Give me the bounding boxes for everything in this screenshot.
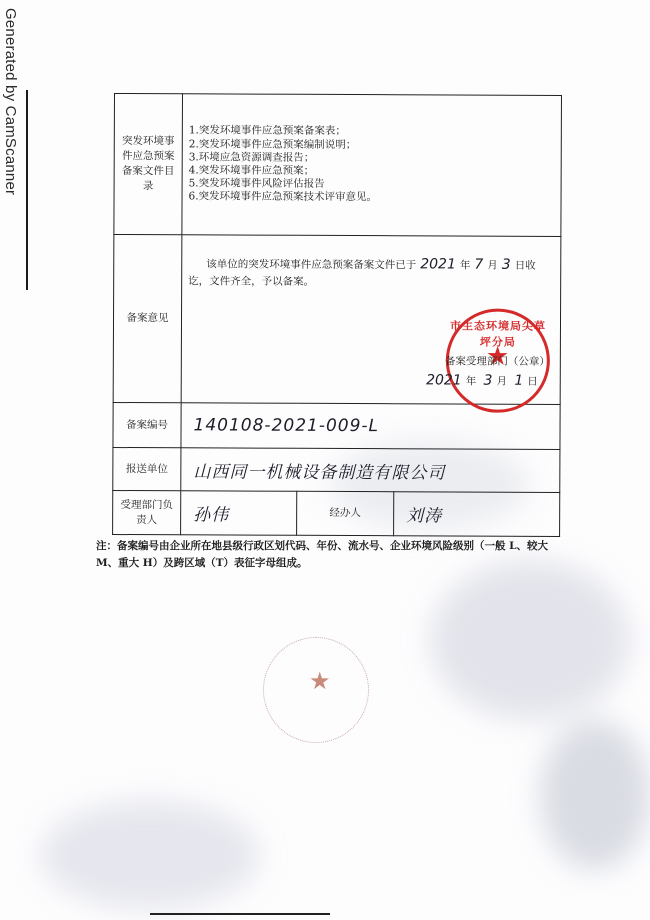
- responsible-label: 受理部门负 责人: [113, 490, 181, 534]
- catalog-label-line: 突发环境事: [120, 134, 177, 149]
- catalog-label-line: 件应急预案: [120, 149, 177, 164]
- handler-signature-cell: 刘涛: [394, 492, 560, 537]
- sign-day: 1: [510, 373, 527, 389]
- page-bottom-edge: [150, 913, 330, 915]
- sign-month-unit: 月: [496, 376, 507, 388]
- year-unit: 年: [460, 260, 471, 272]
- submitting-unit-value: 山西同一机械设备制造有限公司: [181, 448, 560, 493]
- handwritten-day: 3: [498, 257, 515, 273]
- handler-signature: 刘涛: [394, 506, 442, 526]
- dept-label: 备案受理部门（公章）: [445, 353, 550, 368]
- table-row-responsible: 受理部门负 责人 孙伟 经办人 刘涛: [113, 490, 560, 536]
- submitting-unit-label: 报送单位: [113, 447, 181, 490]
- opinion-label: 备案意见: [113, 235, 182, 403]
- month-unit: 月: [487, 260, 498, 272]
- sign-year-unit: 年: [466, 376, 477, 388]
- faded-star-icon: ★: [309, 667, 331, 695]
- sign-date: 2021年 3月 1日: [422, 372, 538, 389]
- opinion-text-part2: 讫，文件齐全，予以备案。: [188, 273, 552, 292]
- table-row-opinion: 备案意见 该单位的突发环境事件应急预案备案文件已于2021年7月3日收 讫，文件…: [113, 235, 561, 405]
- filing-table: 突发环境事 件应急预案 备案文件目 录 1.突发环境事件应急预案备案表； 2.突…: [112, 93, 562, 537]
- table-row-submitting-unit: 报送单位 山西同一机械设备制造有限公司: [113, 447, 560, 492]
- catalog-label: 突发环境事 件应急预案 备案文件目 录: [114, 94, 183, 235]
- footnote: 注：备案编号由企业所在地县级行政区划代码、年份、流水号、企业环境风险级别（一般 …: [96, 538, 596, 572]
- sign-year: 2021: [422, 372, 466, 388]
- opinion-cell: 该单位的突发环境事件应急预案备案文件已于2021年7月3日收 讫，文件齐全，予以…: [181, 235, 561, 405]
- handwritten-unit-name: 山西同一机械设备制造有限公司: [181, 462, 445, 483]
- catalog-list: 1.突发环境事件应急预案备案表； 2.突发环境事件应急预案编制说明； 3.环境应…: [182, 94, 562, 237]
- paper-crease: [540, 720, 650, 870]
- filing-number-label: 备案编号: [113, 402, 181, 447]
- sign-day-unit: 日: [527, 376, 538, 388]
- list-item: 1.突发环境事件应急预案备案表；: [189, 125, 561, 140]
- page-edge: [26, 90, 28, 290]
- handwritten-month: 7: [470, 257, 487, 273]
- paper-crease: [40, 800, 260, 910]
- table-row-catalog: 突发环境事 件应急预案 备案文件目 录 1.突发环境事件应急预案备案表； 2.突…: [114, 94, 562, 237]
- catalog-label-line: 录: [120, 179, 177, 194]
- handler-label: 经办人: [297, 491, 394, 535]
- responsible-label-line: 责人: [118, 513, 175, 528]
- catalog-label-line: 备案文件目: [120, 164, 177, 179]
- opinion-text: 该单位的突发环境事件应急预案备案文件已于2021年7月3日收 讫，文件齐全，予以…: [182, 235, 560, 292]
- list-item: 6.突发环境事件应急预案技术评审意见。: [189, 191, 561, 206]
- paper-crease: [430, 560, 630, 720]
- responsible-signature-cell: 孙伟: [181, 491, 297, 536]
- handwritten-year: 2021: [416, 256, 460, 272]
- footnote-line: 注：备案编号由企业所在地县级行政区划代码、年份、流水号、企业环境风险级别（一般 …: [96, 538, 596, 555]
- day-unit: 日收: [515, 260, 536, 272]
- camscanner-watermark: Generated by CamScanner: [2, 8, 19, 195]
- footnote-line: M、重大 H）及跨区域（T）表征字母组成。: [96, 555, 596, 572]
- handwritten-filing-number: 140108-2021-009-L: [182, 415, 380, 436]
- sign-month: 3: [480, 373, 497, 389]
- opinion-text-part1: 该单位的突发环境事件应急预案备案文件已于: [206, 258, 416, 271]
- responsible-label-line: 受理部门负: [118, 498, 175, 513]
- list-item: 2.突发环境事件应急预案编制说明；: [189, 138, 561, 153]
- responsible-signature: 孙伟: [181, 505, 229, 525]
